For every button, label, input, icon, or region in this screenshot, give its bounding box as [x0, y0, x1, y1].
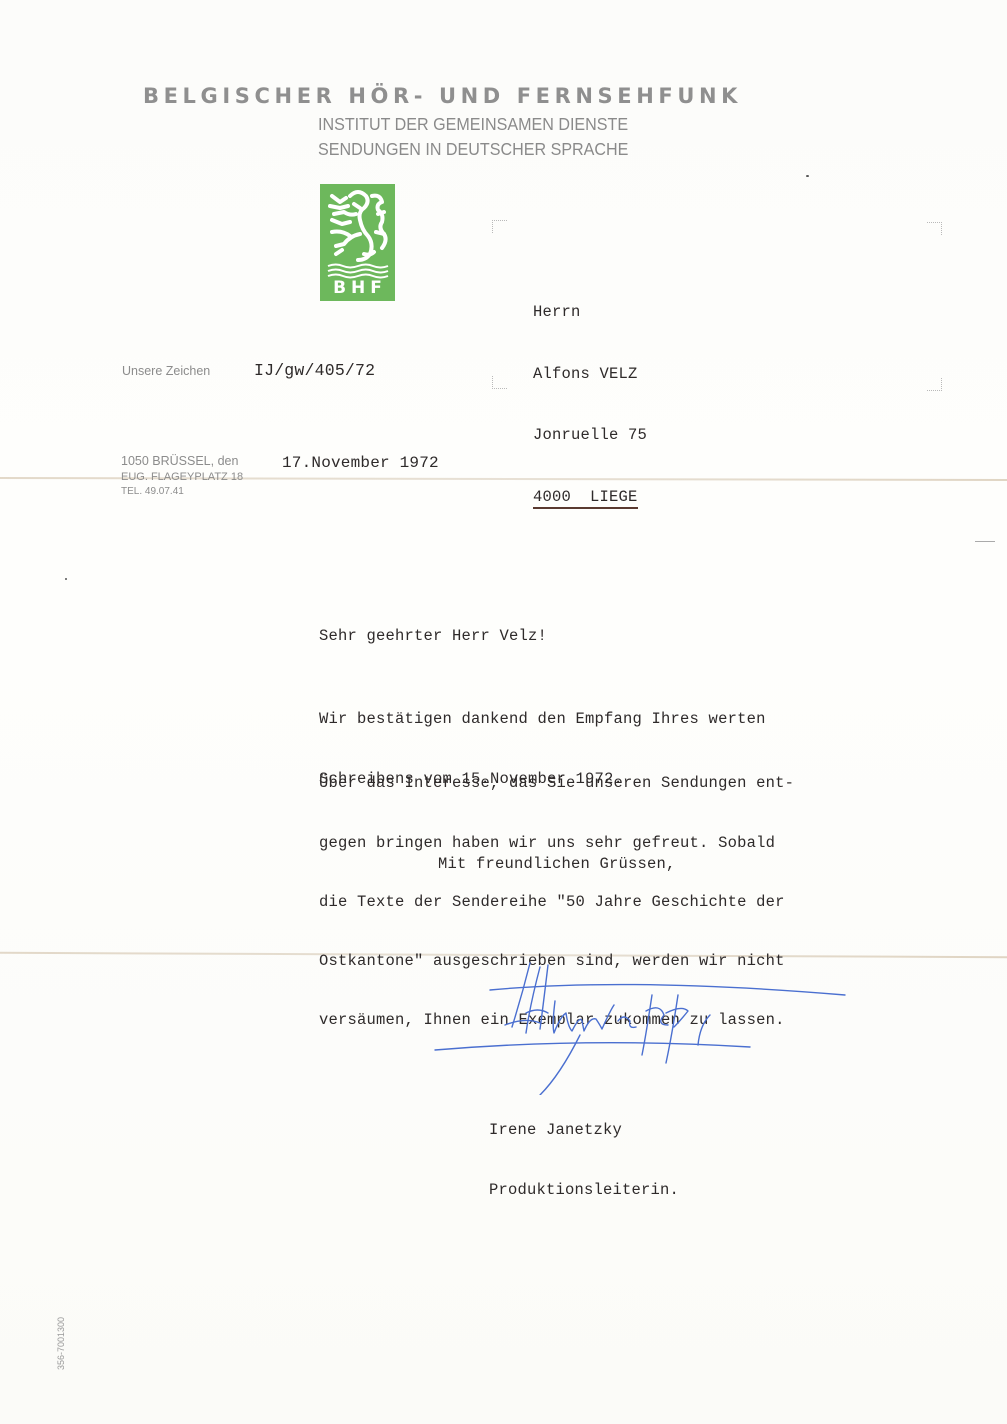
letterhead-department: SENDUNGEN IN DEUTSCHER SPRACHE: [318, 139, 628, 160]
address-window-mark: [927, 378, 942, 391]
address-window-mark: [492, 220, 507, 233]
sender-city-label: 1050 BRÜSSEL, den: [121, 454, 238, 468]
paper-speck: [806, 175, 809, 177]
paragraph-line: Über das Interesse, das Sie unseren Send…: [319, 774, 794, 794]
signer-block: Irene Janetzky Produktionsleiterin.: [489, 1080, 679, 1220]
reference-label: Unsere Zeichen: [122, 364, 210, 378]
recipient-salutation: Herrn: [533, 302, 647, 323]
signer-name: Irene Janetzky: [489, 1120, 679, 1140]
letter-closing: Mit freundlichen Grüssen,: [438, 855, 676, 873]
paragraph-line: die Texte der Sendereihe "50 Jahre Gesch…: [319, 893, 794, 913]
sender-street: EUG. FLAGEYPLATZ 18: [121, 471, 243, 483]
paper-speck: [975, 541, 995, 542]
sender-phone: TEL. 49.07.41: [121, 486, 184, 497]
logo-text: BHF: [320, 278, 395, 298]
form-number: 356-7001300: [56, 1317, 66, 1370]
recipient-city: 4000 LIEGE: [533, 488, 638, 509]
paper-speck: [65, 578, 67, 580]
letter-salutation: Sehr geehrter Herr Velz!: [319, 627, 547, 647]
recipient-street: Jonruelle 75: [533, 425, 647, 446]
recipient-address: Herrn Alfons VELZ Jonruelle 75 4000 LIEG…: [533, 261, 647, 528]
paragraph-line: Wir bestätigen dankend den Empfang Ihres…: [319, 710, 766, 730]
bhf-logo: BHF: [320, 184, 395, 301]
address-window-mark: [492, 376, 507, 389]
letterhead-institute: INSTITUT DER GEMEINSAMEN DIENSTE: [318, 114, 628, 135]
letter-date: 17.November 1972: [282, 454, 439, 472]
letterhead-organization: BELGISCHER HÖR- UND FERNSEHFUNK: [143, 84, 742, 108]
signer-title: Produktionsleiterin.: [489, 1180, 679, 1200]
recipient-name: Alfons VELZ: [533, 364, 647, 385]
address-window-mark: [927, 222, 942, 235]
paragraph-line: gegen bringen haben wir uns sehr gefreut…: [319, 834, 794, 854]
handwritten-signature: [430, 955, 850, 1095]
reference-value: IJ/gw/405/72: [254, 361, 375, 380]
